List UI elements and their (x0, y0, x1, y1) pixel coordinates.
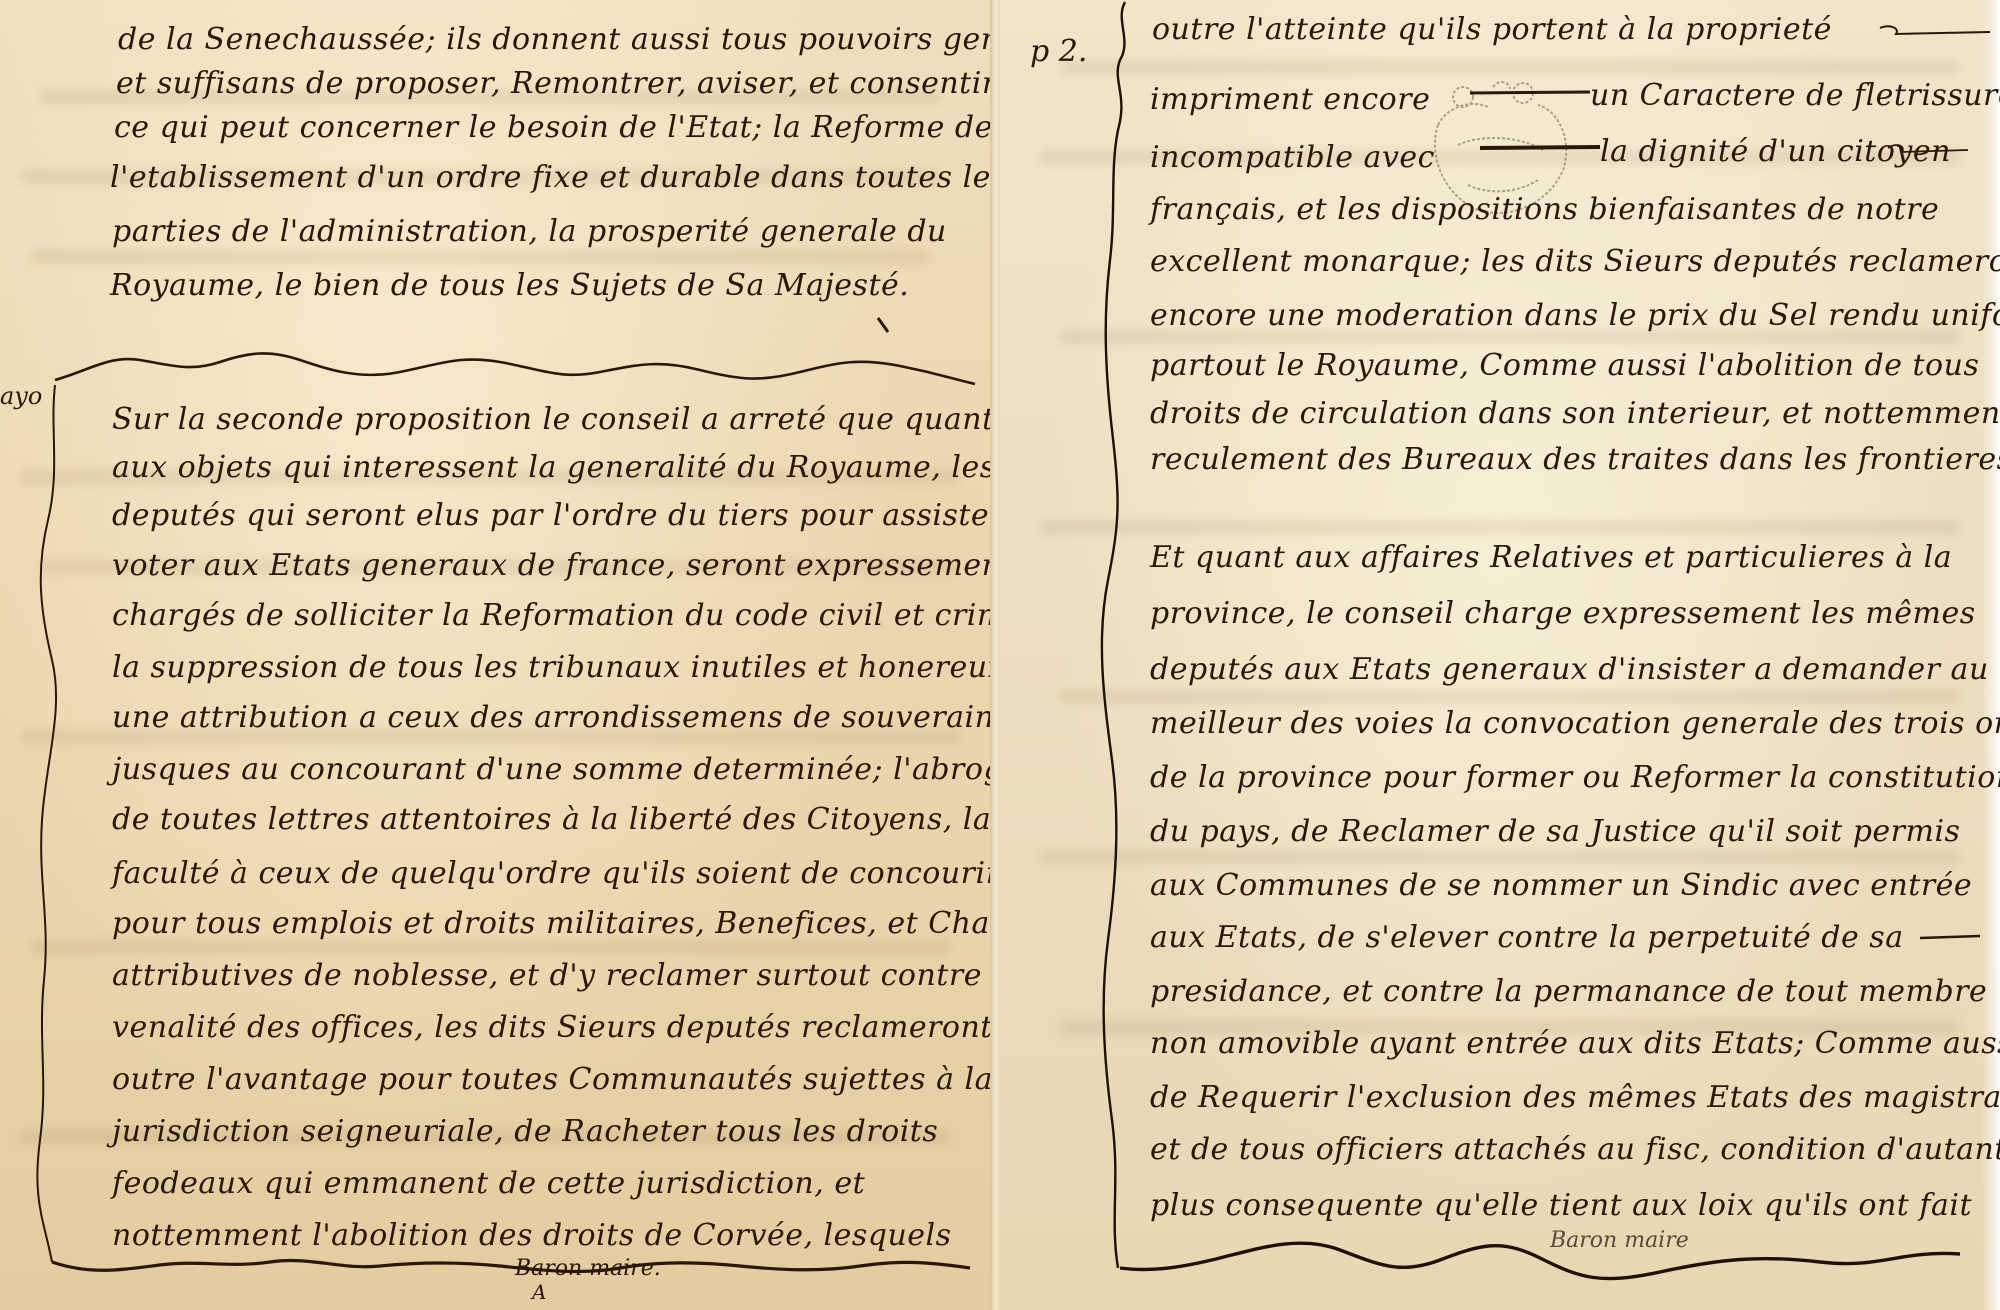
text-line: feodeaux qui emmanent de cette jurisdict… (112, 1166, 865, 1201)
text-line: Royaume, le bien de tous les Sujets de S… (110, 268, 909, 303)
text-line: impriment encore (1150, 82, 1430, 117)
text-line: plus consequente qu'elle tient aux loix … (1150, 1188, 1972, 1223)
text-line: province, le conseil charge expressement… (1150, 596, 1976, 631)
text-line: incompatible avec (1150, 140, 1435, 175)
page-number-note: p 2. (1030, 34, 1087, 69)
text-line: la suppression de tous les tribunaux inu… (112, 650, 995, 685)
text-line: Sur la seconde proposition le conseil a … (112, 402, 995, 437)
text-line: pour tous emplois et droits militaires, … (112, 906, 995, 941)
text-line: encore une moderation dans le prix du Se… (1150, 298, 2000, 333)
text-line: reculement des Bureaux des traites dans … (1150, 442, 2000, 477)
signature: Baron maire. (515, 1256, 661, 1281)
left-page: de la Senechaussée; ils donnent aussi to… (0, 0, 995, 1310)
text-line: de toutes lettres attentoires à la liber… (112, 802, 991, 837)
text-line: la dignité d'un citoyen (1600, 134, 1951, 169)
text-line: attributives de noblesse, et d'y reclame… (112, 958, 995, 993)
text-line: outre l'avantage pour toutes Communautés… (112, 1062, 993, 1097)
text-line: ce qui peut concerner le besoin de l'Eta… (114, 110, 995, 145)
text-line: jusques au concourant d'une somme determ… (112, 752, 995, 787)
text-line: deputés aux Etats generaux d'insister a … (1150, 652, 1989, 687)
text-line: voter aux Etats generaux de france, sero… (112, 548, 995, 583)
text-line: Et quant aux affaires Relatives et parti… (1150, 540, 1952, 575)
text-line: droits de circulation dans son interieur… (1150, 396, 2000, 431)
margin-note: ayo (0, 382, 42, 410)
text-line: non amovible ayant entrée aux dits Etats… (1150, 1026, 2000, 1061)
text-line: de la province pour former ou Reformer l… (1150, 760, 2000, 795)
text-line: de la Senechaussée; ils donnent aussi to… (118, 22, 995, 57)
text-line: de Requerir l'exclusion des mêmes Etats … (1150, 1080, 2000, 1115)
text-line: aux Communes de se nommer un Sindic avec… (1150, 868, 1972, 903)
text-line: l'etablissement d'un ordre fixe et durab… (110, 160, 995, 195)
text-line: chargés de solliciter la Reformation du … (112, 598, 995, 633)
text-line: et suffisans de proposer, Remontrer, avi… (116, 66, 995, 101)
text-line: et de tous officiers attachés au fisc, c… (1150, 1132, 2000, 1167)
text-line: français, et les dispositions bienfaisan… (1150, 192, 1939, 227)
text-line: presidance, et contre la permanance de t… (1150, 974, 1987, 1009)
text-line: aux objets qui interessent la generalité… (112, 450, 995, 485)
text-line: faculté à ceux de quelqu'ordre qu'ils so… (112, 856, 995, 891)
text-line: excellent monarque; les dits Sieurs depu… (1150, 244, 2000, 279)
text-line: venalité des offices, les dits Sieurs de… (112, 1010, 995, 1045)
text-line: une attribution a ceux des arrondissemen… (112, 700, 995, 735)
text-line: nottemment l'abolition des droits de Cor… (112, 1218, 952, 1253)
text-line: aux Etats, de s'elever contre la perpetu… (1150, 920, 1904, 955)
text-line: partout le Royaume, Comme aussi l'abolit… (1150, 348, 1979, 383)
text-line: outre l'atteinte qu'ils portent à la pro… (1152, 12, 1832, 47)
text-line: jurisdiction seigneuriale, de Racheter t… (112, 1114, 938, 1149)
text-line: deputés qui seront elus par l'ordre du t… (112, 498, 995, 533)
manuscript-spread: de la Senechaussée; ils donnent aussi to… (0, 0, 2000, 1310)
text-line: meilleur des voies la convocation genera… (1150, 706, 2000, 741)
text-line: du pays, de Reclamer de sa Justice qu'il… (1150, 814, 1960, 849)
text-line: parties de l'administration, la prosperi… (112, 214, 947, 249)
signature-mark: A (532, 1280, 546, 1304)
signature: Baron maire (1550, 1228, 1689, 1253)
text-line: un Caractere de fletrissure (1590, 78, 2000, 113)
